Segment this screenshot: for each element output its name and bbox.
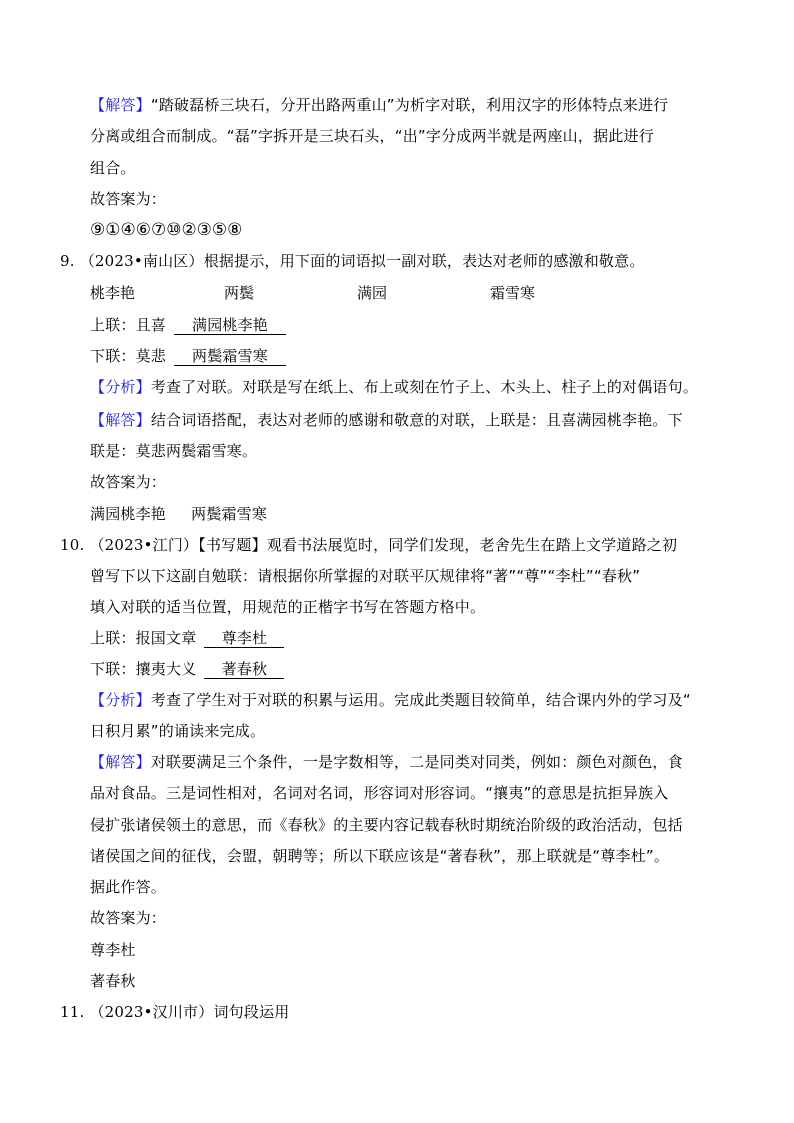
q10-final-answer-2: 著春秋 xyxy=(90,971,136,991)
q10-answer-line-4: 诸侯国之间的征伐，会盟，朝聘等；所以下联应该是“著春秋”，那上联就是“尊李杜”。 xyxy=(90,846,669,866)
q10-analysis-line-1: 【分析】考查了学生对于对联的积累与运用。完成此类题目较简单，结合课内外的学习及“ xyxy=(90,690,691,710)
q10-lower-couplet: 下联：攘夷大义著春秋 xyxy=(90,659,284,679)
q10-upper-answer-blank: 尊李杜 xyxy=(204,629,284,648)
q10-stem-text-1: 观看书法展览时，同学们发现，老舍先生在踏上文学道路之初 xyxy=(267,536,677,554)
q10-answer-text-1: 对联要满足三个条件，一是字数相等，二是同类对同类，例如：颜色对颜色，食 xyxy=(151,753,683,771)
q10-source: （2023•江门） xyxy=(89,536,198,554)
q9-upper-label: 上联：且喜 xyxy=(90,316,166,334)
q10-stem-line-2: 曾写下以下这副自勉联：请根据你所掌握的对联平仄规律将“著”“尊”“李杜”“春秋” xyxy=(90,566,640,586)
q9-answer-text-1: 结合词语搭配，表达对老师的感谢和敬意的对联，上联是：且喜满园桃李艳。下 xyxy=(151,411,683,429)
q11-stem-text: 词句段运用 xyxy=(213,1003,289,1021)
q10-final-label: 故答案为： xyxy=(90,908,166,928)
q10-stem-line-3: 填入对联的适当位置，用规范的正楷字书写在答题方格中。 xyxy=(90,597,485,617)
q10-number: 10. xyxy=(60,536,84,554)
q8-answer-line-2: 分离或组合而制成。“磊”字拆开是三块石头，“出”字分成两半就是两座山，据此进行 xyxy=(90,126,654,146)
answer-tag: 【解答】 xyxy=(90,753,151,771)
q10-answer-line-5: 据此作答。 xyxy=(90,877,166,897)
q9-source: （2023•南山区） xyxy=(80,252,204,270)
q9-lower-couplet: 下联：莫悲两鬓霜雪寒 xyxy=(90,346,286,366)
q9-upper-answer-blank: 满园桃李艳 xyxy=(174,316,286,335)
q10-lower-label: 下联：攘夷大义 xyxy=(90,660,196,678)
q10-upper-couplet: 上联：报国文章尊李杜 xyxy=(90,628,284,648)
q9-number: 9. xyxy=(60,252,75,270)
q10-answer-line-1: 【解答】对联要满足三个条件，一是字数相等，二是同类对同类，例如：颜色对颜色，食 xyxy=(90,752,683,772)
answer-tag: 【解答】 xyxy=(90,96,151,114)
analysis-tag: 【分析】 xyxy=(90,378,151,396)
q9-analysis: 【分析】考查了对联。对联是写在纸上、布上或刻在竹子上、木头上、柱子上的对偶语句。 xyxy=(90,377,698,397)
q9-answer-line-1: 【解答】结合词语搭配，表达对老师的感谢和敬意的对联，上联是：且喜满园桃李艳。下 xyxy=(90,410,683,430)
q9-lower-answer-blank: 两鬓霜雪寒 xyxy=(174,347,286,366)
q8-final-label: 故答案为： xyxy=(90,189,166,209)
q9-stem-text: 根据提示，用下面的词语拟一副对联，表达对老师的感激和敬意。 xyxy=(204,252,645,270)
q9-stem: 9. （2023•南山区）根据提示，用下面的词语拟一副对联，表达对老师的感激和敬… xyxy=(60,251,645,271)
q8-answer-text-1: “踏破磊桥三块石，分开出路两重山”为析字对联，利用汉字的形体特点来进行 xyxy=(151,96,669,114)
q8-answer-line-1: 【解答】“踏破磊桥三块石，分开出路两重山”为析字对联，利用汉字的形体特点来进行 xyxy=(90,95,668,115)
q8-answer-line-3: 组合。 xyxy=(90,158,136,178)
q10-analysis-text-1: 考查了学生对于对联的积累与运用。完成此类题目较简单，结合课内外的学习及“ xyxy=(151,691,691,709)
q8-final-answer: ⑨①④⑥⑦⑩②③⑤⑧ xyxy=(90,220,242,240)
q11-source: （2023•汉川市） xyxy=(89,1003,213,1021)
q9-word-2: 两鬓 xyxy=(224,283,254,303)
q9-final-label: 故答案为： xyxy=(90,472,166,492)
analysis-tag: 【分析】 xyxy=(90,691,151,709)
q10-lower-answer-blank: 著春秋 xyxy=(204,660,284,679)
q9-final-answer: 满园桃李艳 两鬓霜雪寒 xyxy=(90,504,267,524)
q9-analysis-text: 考查了对联。对联是写在纸上、布上或刻在竹子上、木头上、柱子上的对偶语句。 xyxy=(151,378,698,396)
q10-analysis-line-2: 日积月累”的诵读来完成。 xyxy=(90,721,265,741)
q11-stem: 11. （2023•汉川市）词句段运用 xyxy=(60,1002,289,1022)
q10-answer-line-2: 品对食品。三是词性相对，名词对名词，形容词对形容词。“攘夷”的意思是抗拒异族入 xyxy=(90,783,668,803)
q9-answer-line-2: 联是：莫悲两鬓霜雪寒。 xyxy=(90,441,257,461)
q10-answer-line-3: 侵扩张诸侯领土的意思，而《春秋》的主要内容记载春秋时期统治阶级的政治活动，包括 xyxy=(90,815,683,835)
q10-final-answer-1: 尊李杜 xyxy=(90,940,136,960)
q9-word-1: 桃李艳 xyxy=(90,283,135,303)
answer-tag: 【解答】 xyxy=(90,411,151,429)
q10-type-tag: 【书写题】 xyxy=(198,536,267,554)
q10-stem-line-1: 10. （2023•江门）【书写题】观看书法展览时，同学们发现，老舍先生在踏上文… xyxy=(60,535,677,555)
q11-number: 11. xyxy=(60,1003,84,1021)
q9-upper-couplet: 上联：且喜满园桃李艳 xyxy=(90,315,286,335)
q9-lower-label: 下联：莫悲 xyxy=(90,347,166,365)
q10-upper-label: 上联：报国文章 xyxy=(90,629,196,647)
q9-word-4: 霜雪寒 xyxy=(490,283,535,303)
q9-word-3: 满园 xyxy=(357,283,387,303)
